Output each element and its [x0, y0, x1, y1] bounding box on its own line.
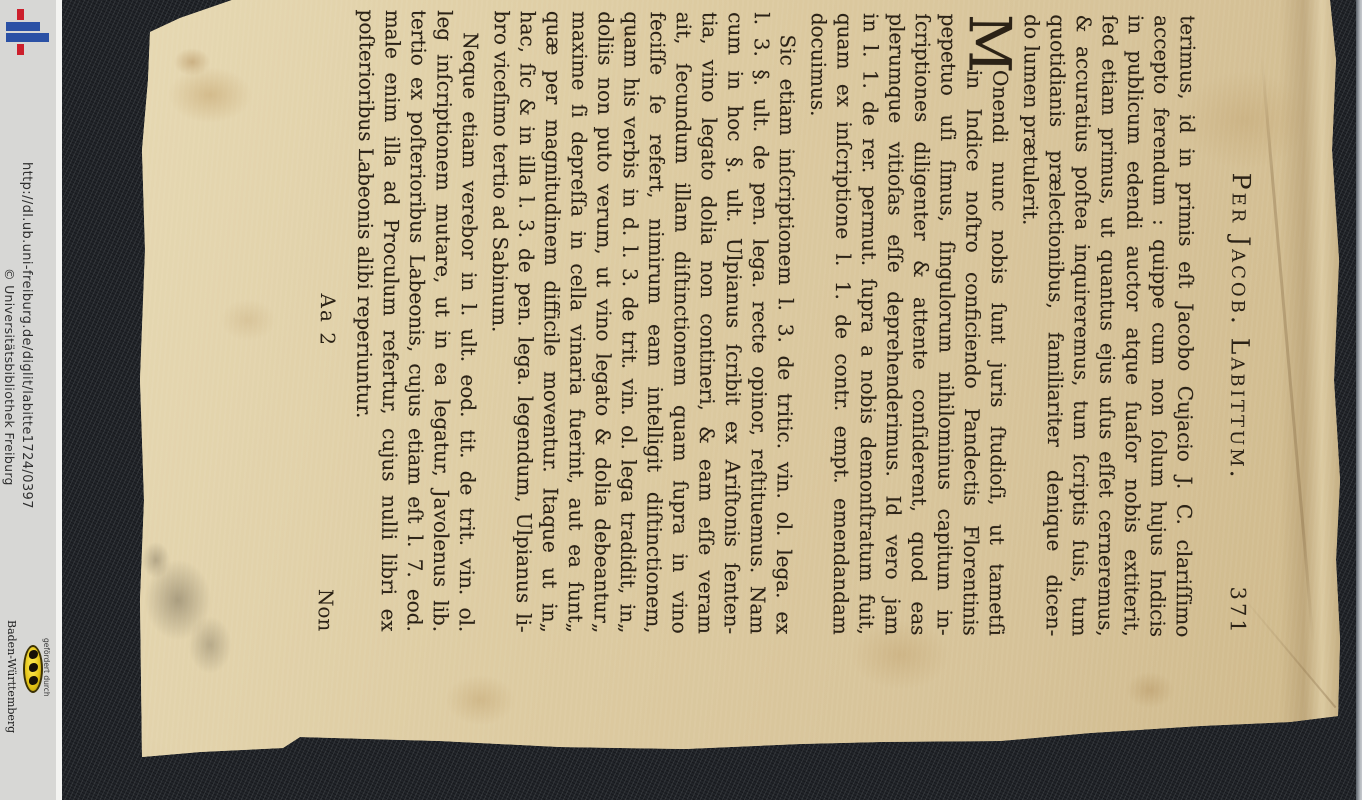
text-line: & accuratius poſtea inquireremus, tum ſc…: [1067, 14, 1097, 636]
text-line: doliis non puto verum, ut vino legato & …: [589, 11, 619, 633]
text-line: hac, ſic & in illa l. 3. de pen. lega. l…: [511, 11, 541, 633]
text-line: quotidianis prælectionibus, familiariter…: [1041, 14, 1071, 636]
page-number: 371: [1226, 587, 1250, 636]
page-header-title: Per Jacob. Labittum.: [1225, 173, 1256, 481]
page-content-rotated: Per Jacob. Labittum. 371 terimus, id in …: [133, 0, 1343, 763]
catchword: Non: [314, 589, 338, 632]
running-header: Per Jacob. Labittum. 371: [1219, 16, 1257, 638]
text-line: quam his verbis in d. l. 3. de trit. vin…: [615, 11, 645, 633]
ub-freiburg-logo-icon: [0, 0, 56, 70]
paragraph: Sic etiam inſcriptionem l. 3. de tritic.…: [485, 10, 801, 634]
text-line: male enim illa ad Proculum refertur, cuj…: [376, 10, 406, 632]
text-line: pepetuo uſi ſimus, ſingulorum nihilominu…: [932, 14, 962, 636]
text-line: leg inſcriptionem mutare, ut in ea legat…: [428, 10, 458, 632]
scan-url-text: http://dl.ub.uni-freiburg.de/diglit/labi…: [19, 162, 34, 509]
text-line: ſcriptiones diligenter & attente conſide…: [906, 13, 936, 635]
paragraph: Neque etiam verebor in l. ult. eod. tit.…: [350, 9, 484, 632]
ub-logo-red-bar: [17, 44, 24, 55]
text-line: ait, ſecundum illam diſtinctionem quam ſ…: [667, 12, 697, 634]
baden-wuerttemberg-coat-of-arms-icon: [23, 645, 43, 693]
text-line: in Indice noſtro conficiendo Pandectis F…: [958, 14, 988, 636]
text-line: quæ per magnitudinem difficile moventur.…: [537, 11, 567, 633]
ub-logo-red-bar: [17, 9, 24, 20]
text-line: feciſſe ſe refert, nimirum eam intelligi…: [641, 12, 671, 634]
funding-region-label: Baden-Württemberg: [5, 620, 18, 733]
scanner-edge-strip: [1356, 0, 1362, 800]
page-body: terimus, id in primis eſt Jacobo Cujacio…: [350, 9, 1201, 637]
scan-viewer: Per Jacob. Labittum. 371 terimus, id in …: [0, 0, 1362, 800]
text-line: maxime ſi depreſſa in cella vinaria fuer…: [563, 11, 593, 633]
sidebar: http://dl.ub.uni-freiburg.de/diglit/labi…: [0, 0, 56, 800]
text-line: Sic etiam inſcriptionem l. 3. de tritic.…: [771, 12, 801, 634]
text-line: plerumque vitioſas eſſe deprehenderimus.…: [880, 13, 910, 635]
text-line: cum in hoc §. ult. Ulpianus ſcribit ex A…: [719, 12, 749, 634]
copyright-text: © Universitätsbibliothek Freiburg: [2, 268, 17, 486]
text-line: Onendi nunc nobis ſunt juris ſtudioſi, u…: [984, 14, 1014, 636]
lion-glyph: [29, 676, 38, 685]
text-line: tertio ex poſterioribus Labeonis, cujus …: [402, 10, 432, 632]
paragraph: MOnendi nunc nobis ſunt juris ſtudioſi, …: [802, 13, 1014, 636]
ub-logo-blue-bar: [6, 22, 40, 31]
text-line: tia, vino legato dolia non contineri, & …: [693, 12, 723, 634]
drop-cap: M: [963, 14, 1017, 74]
text-line: Neque etiam verebor in l. ult. eod. tit.…: [454, 10, 484, 632]
text-line: in publicum edendi auctor atque ſuaſor n…: [1119, 15, 1149, 637]
lion-glyph: [29, 650, 38, 659]
sidebar-divider-strip: [56, 0, 62, 800]
text-line: terimus, id in primis eſt Jacobo Cujacio…: [1171, 15, 1201, 637]
text-line: ſed etiam primus, ut quantus ejus uſus e…: [1093, 15, 1123, 637]
text-line: in l. 1. de rer. permut. ſupra a nobis d…: [854, 13, 884, 635]
signature-row: Aa 2 Non: [312, 9, 342, 631]
funding-label: gefördert durch: [42, 638, 51, 697]
text-block: Per Jacob. Labittum. 371 terimus, id in …: [312, 9, 1257, 638]
lion-glyph: [29, 663, 38, 672]
paragraph: terimus, id in primis eſt Jacobo Cujacio…: [1015, 14, 1201, 637]
text-line: accepto ferendum : quippe cum non ſolum …: [1145, 15, 1175, 637]
text-line: quam ex inſcriptione l. 1. de contr. emp…: [828, 13, 858, 635]
text-line: l. 3. §. ult. de pen. lega. recte opinor…: [745, 12, 775, 634]
ub-logo-blue-bar: [6, 33, 49, 42]
signature-mark: Aa 2: [314, 9, 342, 631]
paper-page: Per Jacob. Labittum. 371 terimus, id in …: [140, 0, 1346, 760]
